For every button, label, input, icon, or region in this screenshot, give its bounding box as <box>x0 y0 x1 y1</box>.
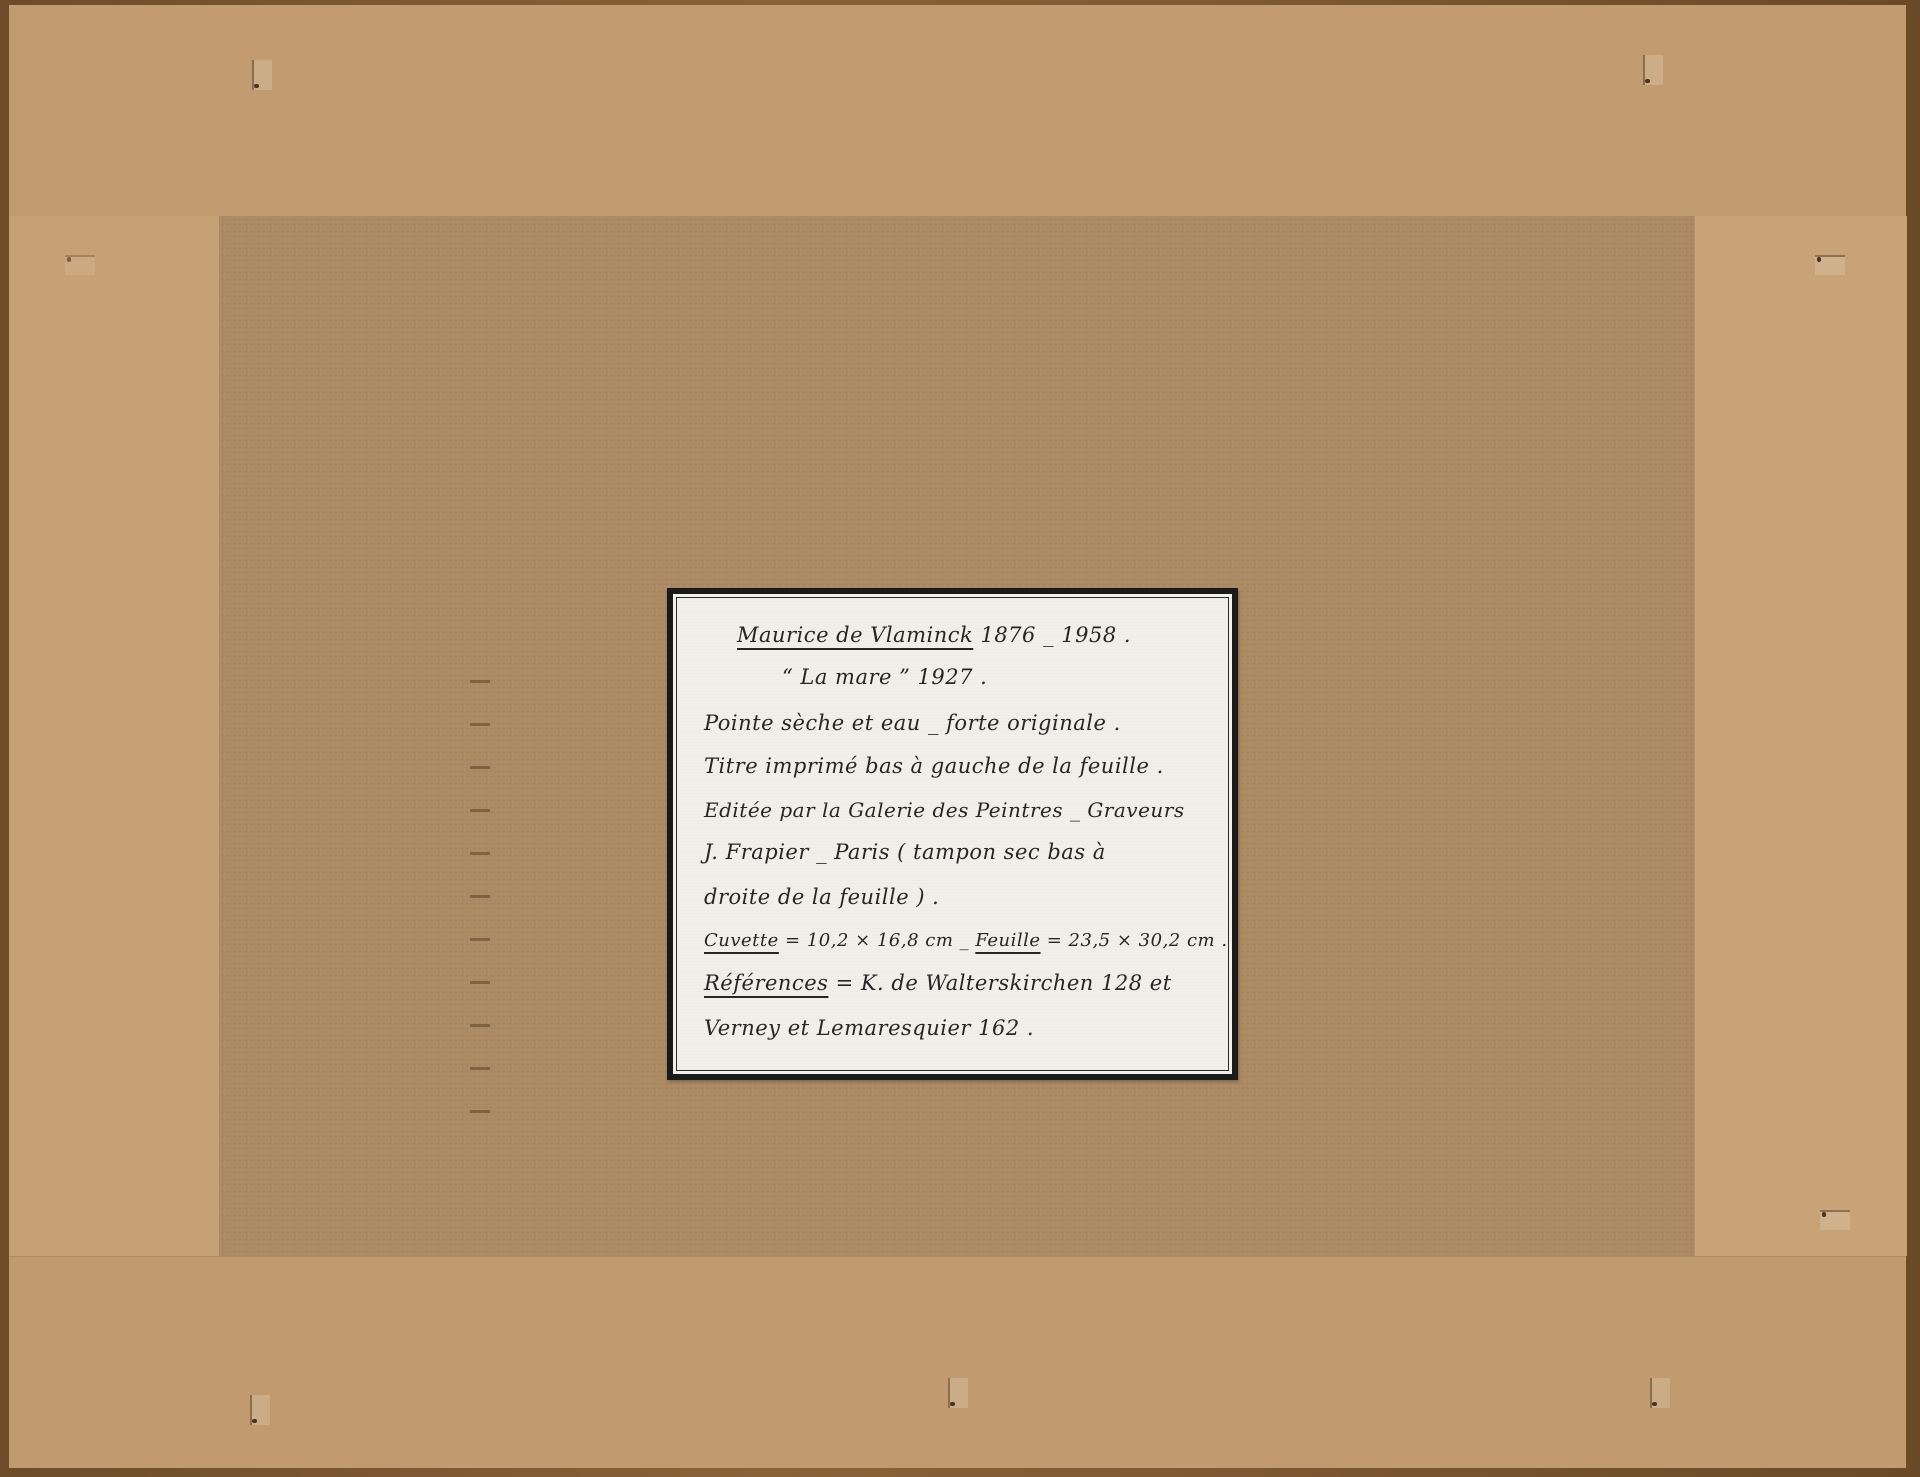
pencil-marks <box>470 640 490 1120</box>
staple-mark <box>1643 55 1663 85</box>
backing-tape-right <box>1694 216 1907 1256</box>
publisher-line: Editée par la Galerie des Peintres _ Gra… <box>704 798 1185 822</box>
feuille-value: = 23,5 × 30,2 cm . <box>1041 930 1228 951</box>
artist-line: Maurice de Vlaminck 1876 _ 1958 . <box>737 623 1131 647</box>
label-mat: Maurice de Vlaminck 1876 _ 1958 . “ La m… <box>673 594 1232 1074</box>
staple-mark <box>948 1378 968 1408</box>
cuvette-label: Cuvette <box>704 930 779 951</box>
artist-name: Maurice de Vlaminck <box>737 623 973 647</box>
references-cont-line: Verney et Lemaresquier 162 . <box>704 1016 1034 1040</box>
technique-line: Pointe sèche et eau _ forte originale . <box>704 711 1121 735</box>
publisher-cont-line: J. Frapier _ Paris ( tampon sec bas à <box>704 840 1106 864</box>
staple-mark <box>250 1395 270 1425</box>
references-line: Références = K. de Walterskirchen 128 et <box>704 971 1172 995</box>
backing-tape-left <box>9 216 220 1256</box>
backing-tape-bottom <box>9 1256 1906 1468</box>
staple-mark <box>65 255 95 275</box>
cuvette-value: = 10,2 × 16,8 cm _ <box>779 930 976 951</box>
staple-mark <box>1815 255 1845 275</box>
staple-mark <box>1650 1378 1670 1408</box>
label-card: Maurice de Vlaminck 1876 _ 1958 . “ La m… <box>676 597 1229 1071</box>
backing-tape-top <box>9 5 1906 217</box>
stamp-line: droite de la feuille ) . <box>704 885 939 909</box>
catalogue-label: Maurice de Vlaminck 1876 _ 1958 . “ La m… <box>667 588 1238 1080</box>
feuille-label: Feuille <box>975 930 1040 951</box>
references-value: = K. de Walterskirchen 128 et <box>828 971 1171 995</box>
references-label: Références <box>704 971 828 995</box>
artist-dates: 1876 _ 1958 . <box>980 623 1131 647</box>
dimensions-line: Cuvette = 10,2 × 16,8 cm _ Feuille = 23,… <box>704 930 1228 951</box>
title-printed-line: Titre imprimé bas à gauche de la feuille… <box>704 754 1164 778</box>
artwork-title: “ La mare ” 1927 . <box>782 665 987 689</box>
staple-mark <box>1820 1210 1850 1230</box>
staple-mark <box>252 60 272 90</box>
